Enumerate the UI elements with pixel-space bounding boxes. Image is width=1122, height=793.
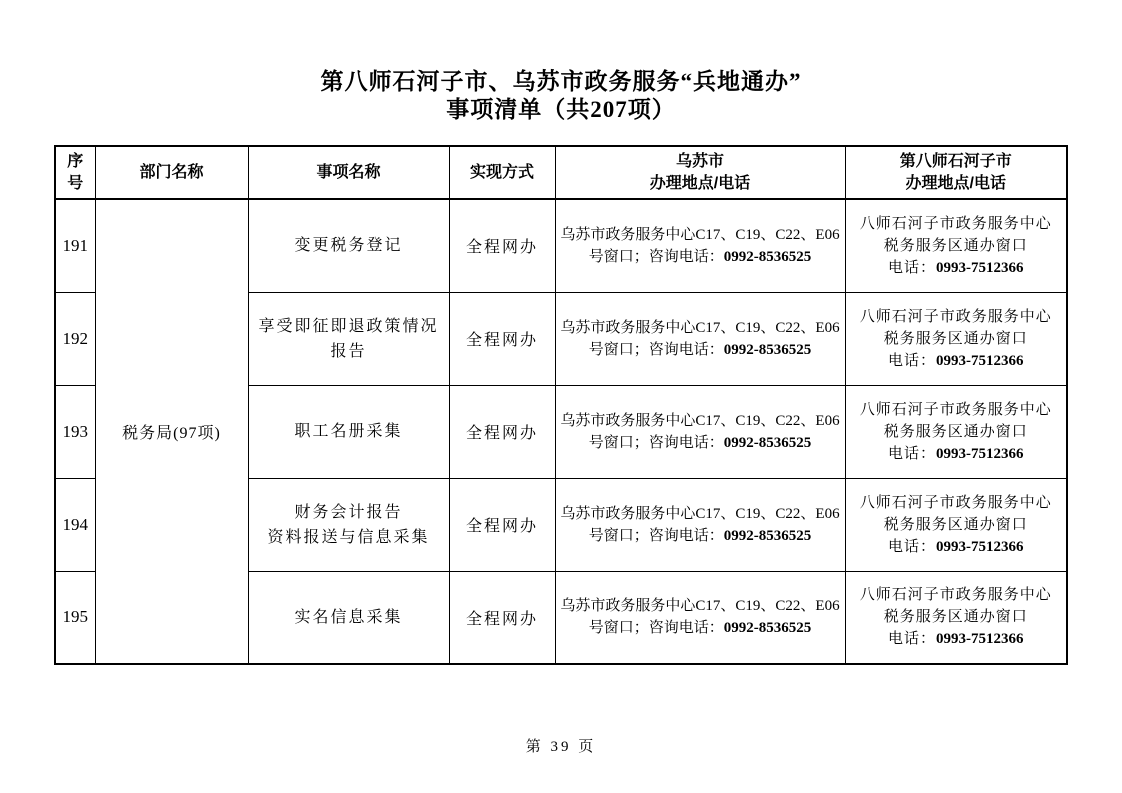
shihezi-address-line2: 税务服务区通办窗口 [850, 514, 1063, 536]
cell-item-name: 享受即征即退政策情况报告 [248, 292, 449, 385]
cell-wusu-location: 乌苏市政务服务中心C17、C19、C22、E06 号窗口；咨询电话：0992-8… [555, 571, 845, 664]
cell-item-name: 变更税务登记 [248, 199, 449, 292]
shihezi-phone-number: 0993-7512366 [936, 539, 1024, 555]
shihezi-phone-line: 电话：0993-7512366 [850, 257, 1063, 279]
wusu-address-line2: 号窗口；咨询电话： [589, 435, 724, 451]
shihezi-phone-line: 电话：0993-7512366 [850, 350, 1063, 372]
shihezi-address-line1: 八师石河子市政务服务中心 [850, 306, 1063, 328]
wusu-address-line1: 乌苏市政务服务中心C17、C19、C22、E06 [560, 227, 839, 243]
header-shihezi-location: 第八师石河子市 办理地点/电话 [845, 146, 1067, 199]
shihezi-phone-line: 电话：0993-7512366 [850, 536, 1063, 558]
wusu-address-line2: 号窗口；咨询电话： [589, 528, 724, 544]
shihezi-phone-number: 0993-7512366 [936, 353, 1024, 369]
shihezi-phone-line: 电话：0993-7512366 [850, 443, 1063, 465]
cell-index: 191 [55, 199, 95, 292]
table-header-row: 序号 部门名称 事项名称 实现方式 乌苏市 办理地点/电话 第八师石河子市 办理… [55, 146, 1067, 199]
cell-shihezi-location: 八师石河子市政务服务中心 税务服务区通办窗口 电话：0993-7512366 [845, 385, 1067, 478]
cell-method: 全程网办 [449, 385, 555, 478]
cell-shihezi-location: 八师石河子市政务服务中心 税务服务区通办窗口 电话：0993-7512366 [845, 571, 1067, 664]
wusu-address-line2: 号窗口；咨询电话： [589, 249, 724, 265]
cell-wusu-location: 乌苏市政务服务中心C17、C19、C22、E06 号窗口；咨询电话：0992-8… [555, 478, 845, 571]
shihezi-phone-label: 电话： [888, 539, 936, 555]
cell-index: 194 [55, 478, 95, 571]
cell-method: 全程网办 [449, 571, 555, 664]
cell-shihezi-location: 八师石河子市政务服务中心 税务服务区通办窗口 电话：0993-7512366 [845, 478, 1067, 571]
wusu-address-line1: 乌苏市政务服务中心C17、C19、C22、E06 [560, 506, 839, 522]
shihezi-address-line2: 税务服务区通办窗口 [850, 606, 1063, 628]
cell-method: 全程网办 [449, 478, 555, 571]
cell-wusu-location: 乌苏市政务服务中心C17、C19、C22、E06 号窗口；咨询电话：0992-8… [555, 199, 845, 292]
document-page: 第八师石河子市、乌苏市政务服务“兵地通办” 事项清单（共207项） 序号 部门名… [0, 0, 1122, 793]
shihezi-address-line2: 税务服务区通办窗口 [850, 421, 1063, 443]
shihezi-address-line1: 八师石河子市政务服务中心 [850, 492, 1063, 514]
cell-wusu-location: 乌苏市政务服务中心C17、C19、C22、E06 号窗口；咨询电话：0992-8… [555, 292, 845, 385]
cell-department: 税务局(97项) [95, 199, 248, 664]
wusu-address-line1: 乌苏市政务服务中心C17、C19、C22、E06 [560, 598, 839, 614]
shihezi-phone-number: 0993-7512366 [936, 631, 1024, 647]
cell-shihezi-location: 八师石河子市政务服务中心 税务服务区通办窗口 电话：0993-7512366 [845, 199, 1067, 292]
cell-method: 全程网办 [449, 199, 555, 292]
cell-item-name: 实名信息采集 [248, 571, 449, 664]
header-item: 事项名称 [248, 146, 449, 199]
title-line-2: 事项清单（共207项） [0, 96, 1122, 124]
page-number: 第 39 页 [0, 735, 1122, 756]
shihezi-address-line1: 八师石河子市政务服务中心 [850, 399, 1063, 421]
table-row: 191 税务局(97项) 变更税务登记 全程网办 乌苏市政务服务中心C17、C1… [55, 199, 1067, 292]
wusu-address-line1: 乌苏市政务服务中心C17、C19、C22、E06 [560, 413, 839, 429]
header-department: 部门名称 [95, 146, 248, 199]
wusu-phone-number: 0992-8536525 [724, 620, 812, 636]
shihezi-address-line1: 八师石河子市政务服务中心 [850, 213, 1063, 235]
shihezi-phone-label: 电话： [888, 446, 936, 462]
shihezi-phone-number: 0993-7512366 [936, 260, 1024, 276]
cell-index: 193 [55, 385, 95, 478]
cell-method: 全程网办 [449, 292, 555, 385]
header-wusu-location: 乌苏市 办理地点/电话 [555, 146, 845, 199]
cell-wusu-location: 乌苏市政务服务中心C17、C19、C22、E06 号窗口；咨询电话：0992-8… [555, 385, 845, 478]
shihezi-address-line2: 税务服务区通办窗口 [850, 328, 1063, 350]
wusu-address-line2: 号窗口；咨询电话： [589, 620, 724, 636]
wusu-phone-number: 0992-8536525 [724, 528, 812, 544]
header-method: 实现方式 [449, 146, 555, 199]
shihezi-phone-label: 电话： [888, 353, 936, 369]
wusu-phone-number: 0992-8536525 [724, 249, 812, 265]
wusu-phone-number: 0992-8536525 [724, 342, 812, 358]
wusu-phone-number: 0992-8536525 [724, 435, 812, 451]
shihezi-phone-number: 0993-7512366 [936, 446, 1024, 462]
cell-shihezi-location: 八师石河子市政务服务中心 税务服务区通办窗口 电话：0993-7512366 [845, 292, 1067, 385]
cell-item-name: 职工名册采集 [248, 385, 449, 478]
cell-index: 195 [55, 571, 95, 664]
shihezi-phone-label: 电话： [888, 260, 936, 276]
wusu-address-line2: 号窗口；咨询电话： [589, 342, 724, 358]
page-title: 第八师石河子市、乌苏市政务服务“兵地通办” 事项清单（共207项） [0, 68, 1122, 124]
shihezi-phone-label: 电话： [888, 631, 936, 647]
title-line-1: 第八师石河子市、乌苏市政务服务“兵地通办” [0, 68, 1122, 96]
shihezi-phone-line: 电话：0993-7512366 [850, 628, 1063, 650]
service-items-table: 序号 部门名称 事项名称 实现方式 乌苏市 办理地点/电话 第八师石河子市 办理… [54, 145, 1068, 665]
header-index: 序号 [55, 146, 95, 199]
shihezi-address-line1: 八师石河子市政务服务中心 [850, 584, 1063, 606]
shihezi-address-line2: 税务服务区通办窗口 [850, 235, 1063, 257]
cell-index: 192 [55, 292, 95, 385]
cell-item-name: 财务会计报告 资料报送与信息采集 [248, 478, 449, 571]
wusu-address-line1: 乌苏市政务服务中心C17、C19、C22、E06 [560, 320, 839, 336]
